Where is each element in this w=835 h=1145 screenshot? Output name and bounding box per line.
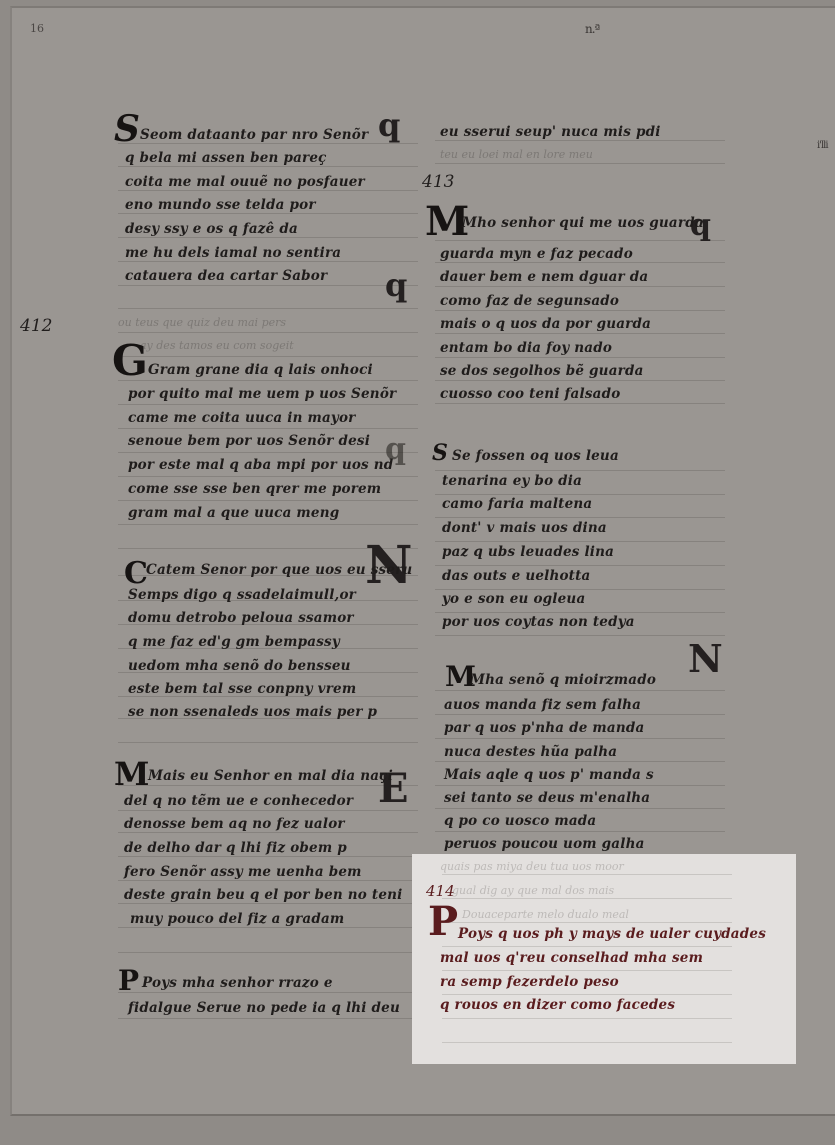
verse-line: entam bo dia foy nado — [440, 340, 612, 356]
verse-line: coita me mal ouuẽ no posfauer — [125, 174, 365, 190]
corner-folio-mark: 16 — [30, 22, 44, 35]
verse-line: auos manda fiz sem falha — [444, 697, 641, 713]
margin-initial: q — [378, 106, 400, 144]
faded-line: teu eu loei mal en lore meu — [440, 148, 593, 161]
verse-line: dont' v mais uos dina — [442, 520, 607, 536]
verse-line: das outs e uelhotta — [442, 568, 591, 584]
verse-line: catauera dea cartar Sabor — [125, 268, 327, 284]
decorated-initial: P — [428, 898, 458, 945]
verse-line: Mho senhor qui me uos guarda — [462, 215, 704, 231]
verse-line: camo faria maltena — [442, 496, 592, 512]
verse-line: Se fossen oq uos leua — [452, 448, 619, 464]
verse-line: nuca destes hũa palha — [444, 744, 617, 760]
verse-line: Mha senõ q mioirzmado — [470, 672, 656, 688]
verse-line: domu detrobo peloua ssamor — [128, 610, 354, 626]
verse-line: uedom mha senõ do bensseu — [128, 658, 351, 674]
poem-number: 413 — [422, 172, 454, 192]
margin-initial: q — [385, 266, 407, 304]
verse-line: fero Senõr assy me uenha bem — [124, 864, 362, 880]
verse-line: yo e son eu ogleua — [442, 591, 585, 607]
verse-line: mais o q uos da por guarda — [440, 316, 651, 332]
verse-line: peruos poucou uom galha — [444, 836, 645, 852]
verse-line: Mais aqle q uos p' manda s — [444, 767, 654, 783]
margin-initial: N — [688, 636, 723, 681]
faded-line: ay des tamos eu com sogeit — [140, 339, 294, 352]
verse-line: muy pouco del fiz a gradam — [130, 911, 344, 927]
right-edge-mark: i'lli — [817, 140, 828, 151]
verse-line: q bela mi assen ben pareç — [125, 150, 327, 166]
verse-line: del q no tẽm ue e conhecedor — [124, 793, 353, 809]
verse-line: denosse bem aq no fez ualor — [124, 816, 345, 832]
verse-line: de delho dar q lhi fiz obem p — [124, 840, 347, 856]
poem-number: 412 — [20, 316, 52, 336]
verse-line: este bem tal sse conpny vrem — [128, 681, 356, 697]
verse-line: sei tanto se deus m'enalha — [444, 790, 650, 806]
verse-line: Poys mha senhor rrazo e — [142, 975, 333, 991]
verse-line: Catem Senor por que uos eu sseru — [146, 562, 412, 578]
decorated-initial: G — [112, 336, 148, 385]
verse-line: por uos coytas non tedya — [442, 614, 635, 630]
verse-line: q po co uosco mada — [444, 813, 596, 829]
verse-line: q me faz ed'g gm bempassy — [128, 634, 340, 650]
faded-line: quais pas miya deu tua uos moor — [440, 860, 624, 873]
verse-line: eu sserui seup' nuca mis pdi — [440, 124, 661, 140]
verse-line: por quito mal me uem p uos Senõr — [128, 386, 396, 402]
verse-line: Gram grane dia q lais onhoci — [148, 362, 373, 378]
verse-line: paz q ubs leuades lina — [442, 544, 614, 560]
highlighted-region-poem-414: quais pas miya deu tua uos moor gual dig… — [412, 854, 796, 1064]
verse-line: se non ssenaleds uos mais per p — [128, 704, 377, 720]
verse-line: cuosso coo teni falsado — [440, 386, 620, 402]
verse-line: came me coita uuca in mayor — [128, 410, 355, 426]
verse-line: gram mal a que uuca meng — [128, 505, 339, 521]
verse-line: por este mal q aba mpi por uos nd — [128, 457, 393, 473]
verse-line: dauer bem e nem dguar da — [440, 269, 648, 285]
verse-line: tenarina ey bo dia — [442, 473, 582, 489]
verse-line: Mais eu Senhor en mal dia naçi — [148, 768, 393, 784]
decorated-initial: C — [124, 556, 148, 591]
verse-line: deste grain beu q el por ben no teni — [124, 887, 403, 903]
verse-line: como faz de segunsado — [440, 293, 619, 309]
verse-line: ra semp fezerdelo peso — [440, 974, 619, 990]
verse-line: se dos segolhos bẽ guarda — [440, 363, 644, 379]
decorated-initial: S — [432, 440, 448, 466]
verse-line: Poys q uos ph y mays de ualer cuydades — [458, 926, 766, 942]
decorated-initial: S — [114, 108, 140, 150]
decorated-initial: M — [114, 755, 149, 793]
verse-line: q rouos en dizer como facedes — [440, 997, 675, 1013]
faded-line: Douaceparte melo dualo meal — [462, 908, 629, 921]
verse-line: Semps digo q ssadelaimull,or — [128, 587, 356, 603]
verse-line: mal uos q'reu conselhad mha sem — [440, 950, 703, 966]
faded-line: ou teus que quiz deu mai pers — [118, 316, 286, 329]
faded-line: gual dig ay que mal dos mais — [452, 884, 614, 897]
margin-initial: q — [385, 432, 406, 467]
verse-line: desy ssy e os q fazê da — [125, 221, 298, 237]
verse-line: par q uos p'nha de manda — [444, 720, 644, 736]
verse-line: guarda myn e faz pecado — [440, 246, 633, 262]
verse-line: eno mundo sse telda por — [125, 197, 316, 213]
verse-line: fidalgue Serue no pede ia q lhi deu — [128, 1000, 400, 1016]
verse-line: Seom dataanto par nro Senõr — [140, 127, 368, 143]
verse-line: me hu dels iamal no sentira — [125, 245, 341, 261]
top-folio-mark: n.ª — [585, 22, 599, 36]
decorated-initial: P — [118, 964, 139, 997]
verse-line: come sse sse ben qrer me porem — [128, 481, 381, 497]
verse-line: senoue bem por uos Senõr desi — [128, 433, 370, 449]
